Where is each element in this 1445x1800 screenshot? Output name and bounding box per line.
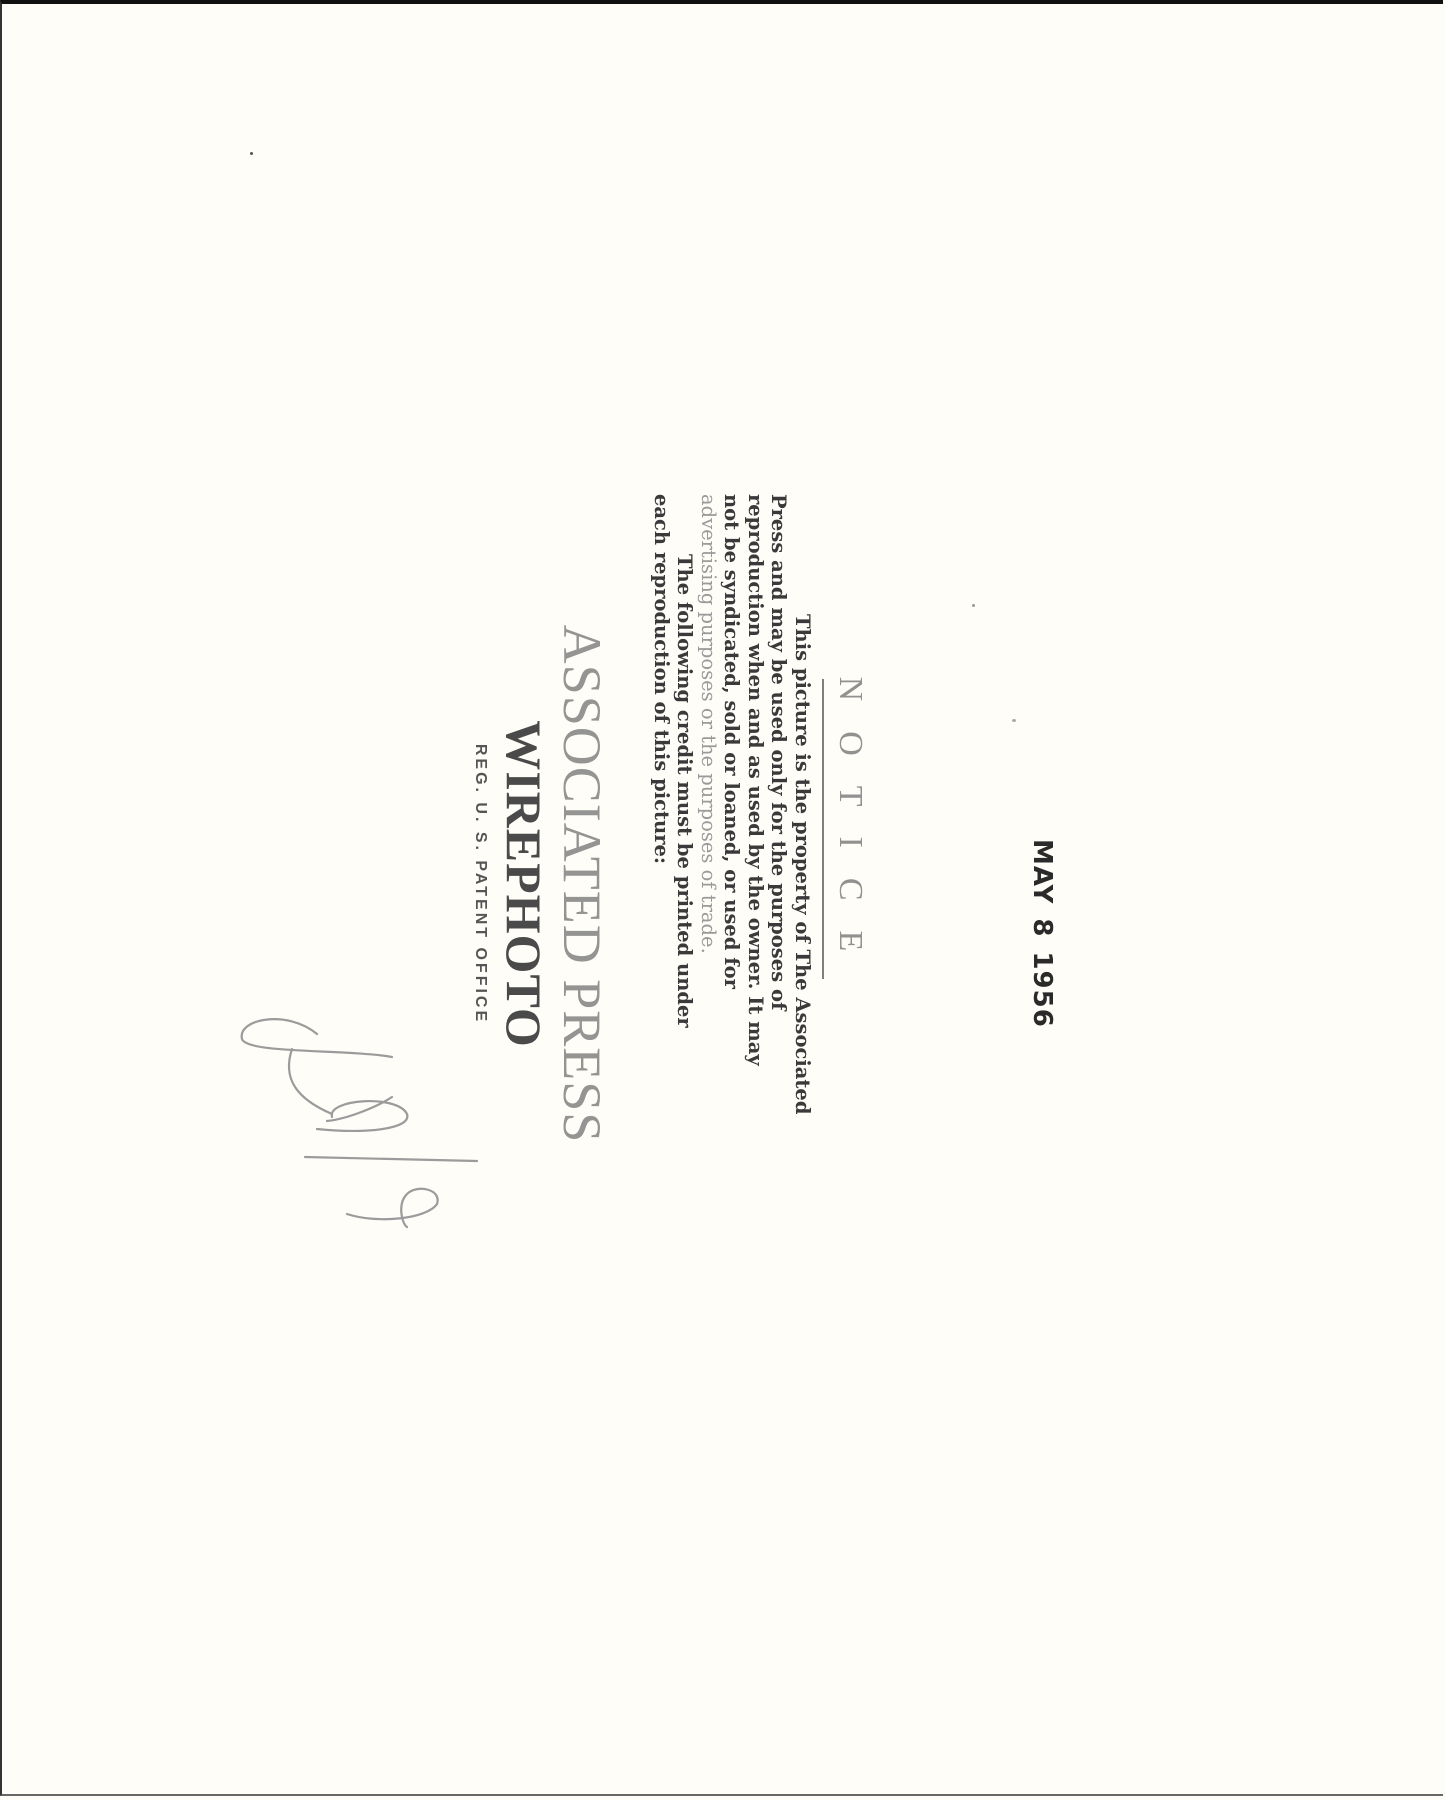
notice-line: each reproduction of this picture: [650, 494, 674, 1164]
notice-line: This picture is the property of The Asso… [791, 494, 815, 1164]
notice-line: The following credit must be printed und… [673, 494, 697, 1164]
notice-line: advertising purposes or the purposes of … [697, 494, 721, 1164]
speck [972, 604, 975, 607]
notice-line: Press and may be used only for the purpo… [767, 494, 791, 1164]
date-day: 8 [1027, 918, 1057, 937]
speck [1012, 719, 1016, 722]
notice-stamp: NOTICE This picture is the property of T… [612, 494, 872, 1164]
date-year: 1956 [1027, 951, 1057, 1027]
photo-back-sheet: NOTICE This picture is the property of T… [0, 0, 1443, 1796]
notice-line: reproduction when and as used by the own… [744, 494, 768, 1164]
ap-credit-stamp: ASSOCIATED PRESS WIREPHOTO REG. U. S. PA… [447, 604, 1007, 764]
handwritten-pencil-note [227, 979, 487, 1239]
ap-name: ASSOCIATED PRESS [557, 604, 607, 1164]
speck [250, 152, 253, 155]
date-month: MAY [1027, 839, 1057, 904]
notice-heading: NOTICE [828, 494, 872, 1164]
notice-line: not be syndicated, sold or loaned, or us… [720, 494, 744, 1164]
notice-body: This picture is the property of The Asso… [650, 494, 815, 1164]
wirephoto-label: WIREPHOTO [495, 604, 553, 1164]
date-stamp: MAY81956 [1007, 839, 1057, 1029]
